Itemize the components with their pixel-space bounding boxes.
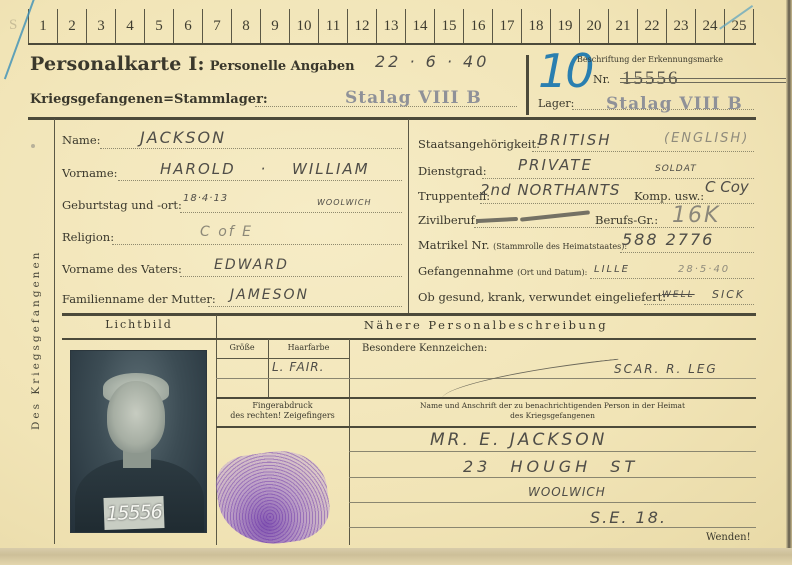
stammlager-label: Kriegsgefangenen=Stammlager: xyxy=(30,92,268,107)
groesse-label: Größe xyxy=(216,343,268,352)
address-rule xyxy=(349,502,756,503)
number-cell: 16 xyxy=(463,9,492,43)
side-column-divider xyxy=(54,119,55,544)
section-title-rule xyxy=(62,338,756,340)
kennzeichen-label: Besondere Kennzeichen: xyxy=(362,343,487,354)
dotted-line xyxy=(180,276,402,277)
mid-rule xyxy=(62,313,756,316)
matrikel-value: 588 2776 xyxy=(622,230,714,249)
gefangennahme-label-main: Gefangennahme xyxy=(418,264,513,278)
number-row-underline xyxy=(28,43,756,45)
dienstgrad-label: Dienstgrad: xyxy=(418,164,487,178)
card-bottom-edge xyxy=(0,548,792,565)
grid-divider xyxy=(349,339,350,545)
dotted-line xyxy=(118,180,402,181)
matrikel-label-main: Matrikel Nr. xyxy=(418,238,490,252)
header-divider xyxy=(526,55,529,115)
fingerprint-label-line2: des rechten! Zeigefingers xyxy=(216,411,349,421)
staat-label: Staatsangehörigkeit: xyxy=(418,137,540,151)
dotted-line xyxy=(644,304,754,305)
matrikel-label-sub: (Stammrolle des Heimatstaates): xyxy=(493,242,627,251)
vorname-value: HAROLD · WILLIAM xyxy=(160,160,370,178)
name-label: Name: xyxy=(62,133,101,147)
number-cell: 19 xyxy=(550,9,579,43)
number-cell: 10 xyxy=(289,9,318,43)
address-rule xyxy=(349,527,756,528)
number-cell: 11 xyxy=(318,9,347,43)
komp-label: Komp. usw.: xyxy=(634,189,704,203)
vater-label: Vorname des Vaters: xyxy=(62,262,182,276)
contact-line-2: 23 HOUGH ST xyxy=(463,457,638,476)
photo-label: Lichtbild xyxy=(62,318,216,331)
number-cell: 4 xyxy=(115,9,144,43)
contact-label: Name und Anschrift der zu benachrichtige… xyxy=(349,401,756,421)
stammlager-stamp: Stalag VIII B xyxy=(345,88,482,108)
side-label: Des Kriegsgefangenen xyxy=(30,250,42,430)
fingerprint-label: Fingerabdruck des rechten! Zeigefingers xyxy=(216,401,349,421)
number-cell: 9 xyxy=(260,9,289,43)
photo-plate-number: 15556 xyxy=(106,501,162,525)
number-cell: 23 xyxy=(666,9,695,43)
card-subtitle: Personelle Angaben xyxy=(210,59,355,74)
number-cell: 18 xyxy=(521,9,550,43)
contact-label-line2: des Kriegsgefangenen xyxy=(349,411,756,421)
number-cell: 1 xyxy=(28,9,57,43)
description-title: Nähere Personalbeschreibung xyxy=(216,318,756,332)
dienstgrad-value: PRIVATE xyxy=(518,156,593,174)
number-cell: 20 xyxy=(579,9,608,43)
lager-stamp: Stalag VIII B xyxy=(606,94,743,114)
geburt-label: Geburtstag und -ort: xyxy=(62,198,182,212)
number-cell: 2 xyxy=(57,9,86,43)
contact-label-line1: Name und Anschrift der zu benachrichtige… xyxy=(349,401,756,411)
number-cell: 3 xyxy=(86,9,115,43)
number-cell: 12 xyxy=(347,9,376,43)
card-right-edge xyxy=(786,0,792,548)
vater-value: EDWARD xyxy=(214,257,289,273)
field-column-divider xyxy=(408,119,409,313)
vorname-label: Vorname: xyxy=(62,166,118,180)
contact-line-3: WOOLWICH xyxy=(528,485,606,499)
number-cell: 14 xyxy=(405,9,434,43)
haarfarbe-label: Haarfarbe xyxy=(268,343,349,352)
kennzeichen-value: SCAR. R. LEG xyxy=(614,362,718,376)
scribbled-out-text xyxy=(520,210,590,221)
number-cell: 5 xyxy=(144,9,173,43)
berufs-gr-label: Berufs-Gr.: xyxy=(595,213,658,227)
number-cell: 21 xyxy=(608,9,637,43)
staat-note: (ENGLISH) xyxy=(664,131,749,146)
dotted-line xyxy=(620,252,754,253)
number-cell: 22 xyxy=(637,9,666,43)
komp-value: C Coy xyxy=(705,178,749,196)
staat-value: BRITISH xyxy=(538,131,612,149)
gefangennahme-label-sub: (Ort und Datum): xyxy=(517,268,587,277)
lager-label: Lager: xyxy=(538,97,574,110)
dotted-line xyxy=(100,148,402,149)
scribbled-out-text xyxy=(476,217,518,223)
dotted-line xyxy=(180,212,402,213)
pow-personnel-card: S 1 2 3 4 5 6 7 8 9 10 11 12 13 14 15 16… xyxy=(0,0,792,565)
zustand-label: Ob gesund, krank, verwundet eingeliefert… xyxy=(418,290,666,304)
turn-over-note: Wenden! xyxy=(706,532,751,543)
mutter-label: Familienname der Mutter: xyxy=(62,292,216,306)
dotted-line xyxy=(532,151,754,152)
number-cell: 13 xyxy=(376,9,405,43)
marke-nr-value: 15556 xyxy=(622,68,792,90)
prisoner-photo: 15556 xyxy=(70,350,207,533)
fingerprint-label-line1: Fingerabdruck xyxy=(216,401,349,411)
photo-number-plate: 15556 xyxy=(103,496,164,530)
zustand-struck: WELL xyxy=(662,290,695,300)
name-value: JACKSON xyxy=(140,128,226,147)
punch-dot xyxy=(31,144,35,148)
grid-rule xyxy=(216,397,756,399)
matrikel-label: Matrikel Nr. (Stammrolle des Heimatstaat… xyxy=(418,238,627,252)
contact-line-4: S.E. 18. xyxy=(590,508,667,527)
number-cell: 8 xyxy=(231,9,260,43)
card-title-group: Personalkarte I: Personelle Angaben xyxy=(30,53,355,75)
gefangennahme-label: Gefangennahme (Ort und Datum): xyxy=(418,264,587,278)
number-cell: 17 xyxy=(492,9,521,43)
dotted-line xyxy=(590,278,754,279)
grid-rule xyxy=(216,358,349,359)
gefangennahme-place: LILLE xyxy=(594,264,630,275)
card-title: Personalkarte I: xyxy=(30,53,205,75)
dotted-line xyxy=(112,244,402,245)
erkennungsmarke-label: Beschriftung der Erkennungsmarke xyxy=(577,55,723,64)
haarfarbe-value: L. FAIR. xyxy=(272,360,324,374)
kennzeichen-pointer-line xyxy=(439,359,620,400)
address-rule xyxy=(349,477,756,478)
truppenteil-value: 2nd NORTHANTS xyxy=(480,181,620,199)
header-bottom-rule xyxy=(28,117,756,120)
groesse-value xyxy=(216,360,268,378)
number-cell: 7 xyxy=(202,9,231,43)
religion-value: C of E xyxy=(200,224,253,240)
berufs-gr-value: 16K xyxy=(672,203,720,228)
card-number-blue: 10 xyxy=(538,46,593,96)
religion-label: Religion: xyxy=(62,230,114,244)
photo-head xyxy=(107,381,165,453)
zustand-value: SICK xyxy=(712,288,745,301)
dotted-line xyxy=(208,306,402,307)
fingerprint-impression xyxy=(212,445,334,551)
dienstgrad-note: SOLDAT xyxy=(655,164,697,174)
mutter-value: JAMESON xyxy=(230,287,309,303)
geburt-place: WOOLWICH xyxy=(317,198,372,207)
number-row: 1 2 3 4 5 6 7 8 9 10 11 12 13 14 15 16 1… xyxy=(28,9,754,43)
address-rule xyxy=(349,451,756,452)
contact-line-1: MR. E. JACKSON xyxy=(430,430,607,450)
grid-rule xyxy=(216,426,756,428)
gefangennahme-date: 28·5·40 xyxy=(678,264,730,275)
geburt-date: 18·4·13 xyxy=(183,193,228,204)
number-cell: 6 xyxy=(173,9,202,43)
card-date: 22 · 6 · 40 xyxy=(375,52,489,71)
number-cell: 15 xyxy=(434,9,463,43)
marke-nr-label: Nr. xyxy=(593,73,610,86)
zivilberuf-label: Zivilberuf: xyxy=(418,213,479,227)
ghost-mark: S xyxy=(9,17,17,34)
